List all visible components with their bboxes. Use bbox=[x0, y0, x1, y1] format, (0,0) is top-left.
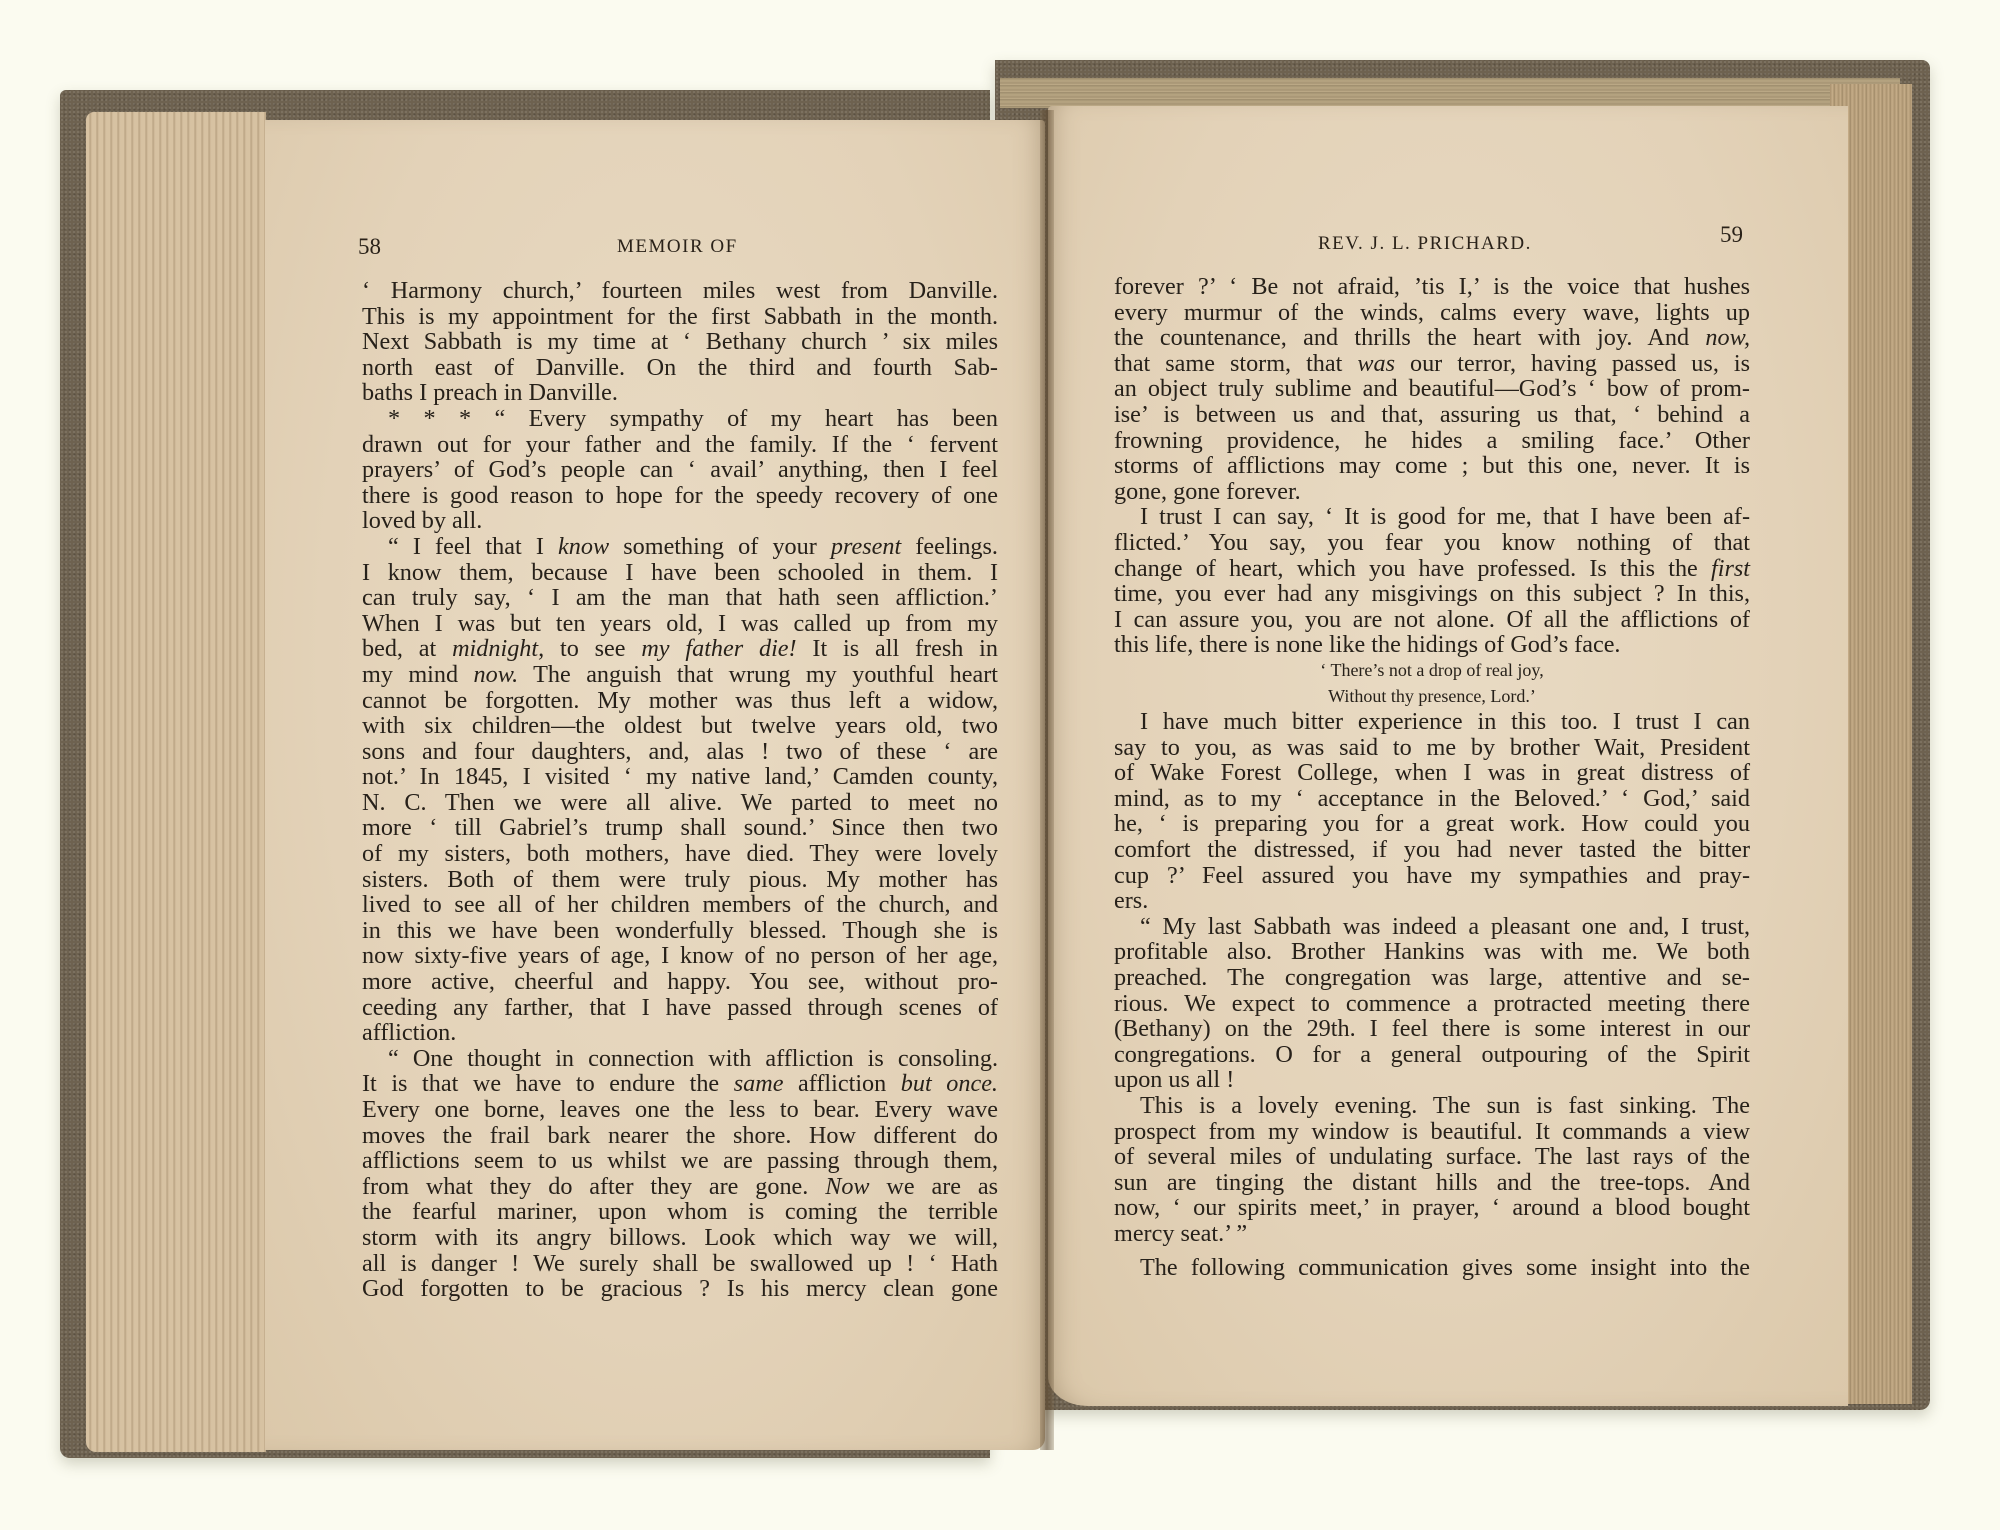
text-line: prayers’ of God’s people can ‘ avail’ an… bbox=[362, 457, 998, 483]
text-run: It is that we have to endure the bbox=[362, 1070, 734, 1097]
text-line: mercy seat.’ ” bbox=[1114, 1221, 1750, 1247]
text-run: feelings. bbox=[901, 533, 998, 560]
text-run: to see bbox=[544, 635, 641, 662]
italic-text: first bbox=[1711, 555, 1750, 582]
text-line: more active, cheerful and happy. You see… bbox=[362, 969, 998, 995]
text-line: every murmur of the winds, calms every w… bbox=[1114, 300, 1750, 326]
text-line: he, ‘ is preparing you for a great work.… bbox=[1114, 811, 1750, 837]
text-line: N. C. Then we were all alive. We parted … bbox=[362, 790, 998, 816]
page-stack-top bbox=[1000, 78, 1900, 108]
text-line: “ One thought in connection with afflict… bbox=[362, 1046, 998, 1072]
text-run: that same storm, that bbox=[1114, 350, 1357, 377]
text-run: “ I feel that I bbox=[388, 533, 558, 560]
text-line: profitable also. Brother Hankins was wit… bbox=[1114, 939, 1750, 965]
text-line: say to you, as was said to me by brother… bbox=[1114, 735, 1750, 761]
text-line: with six children—the oldest but twelve … bbox=[362, 713, 998, 739]
text-line: drawn out for your father and the family… bbox=[362, 432, 998, 458]
text-line: cup ?’ Feel assured you have my sympathi… bbox=[1114, 863, 1750, 889]
text-line: an object truly sublime and beautiful—Go… bbox=[1114, 376, 1750, 402]
text-line: comfort the distressed, if you had never… bbox=[1114, 837, 1750, 863]
text-line: storms of afflictions may come ; but thi… bbox=[1114, 453, 1750, 479]
text-line: sons and four daughters, and, alas ! two… bbox=[362, 739, 998, 765]
italic-text: present bbox=[831, 533, 901, 560]
text-line: moves the frail bark nearer the shore. H… bbox=[362, 1123, 998, 1149]
text-run: The anguish that wrung my youthful heart bbox=[518, 661, 998, 688]
text-run: It is all fresh in bbox=[797, 635, 998, 662]
text-line: now sixty-five years of age, I know of n… bbox=[362, 943, 998, 969]
text-run: change of heart, which you have professe… bbox=[1114, 555, 1711, 582]
text-line: “ I feel that I know something of your p… bbox=[362, 534, 998, 560]
text-line: I trust I can say, ‘ It is good for me, … bbox=[1114, 504, 1750, 530]
page-number-right: 59 bbox=[1720, 222, 1743, 248]
text-line: sun are tinging the distant hills and th… bbox=[1114, 1170, 1750, 1196]
text-line: * * * “ Every sympathy of my heart has b… bbox=[362, 406, 998, 432]
text-line: the fearful mariner, upon whom is coming… bbox=[362, 1199, 998, 1225]
text-line: ers. bbox=[1114, 888, 1750, 914]
text-line: cannot be forgotten. My mother was thus … bbox=[362, 688, 998, 714]
italic-text: my father die! bbox=[641, 635, 796, 662]
text-run: bed, at bbox=[362, 635, 452, 662]
text-line: this life, there is none like the hiding… bbox=[1114, 632, 1750, 658]
text-line: “ My last Sabbath was indeed a pleasant … bbox=[1114, 914, 1750, 940]
text-line: (Bethany) on the 29th. I feel there is s… bbox=[1114, 1016, 1750, 1042]
text-line: I have much bitter experience in this to… bbox=[1114, 709, 1750, 735]
text-line: all is danger ! We surely shall be swall… bbox=[362, 1251, 998, 1277]
text-line: upon us all ! bbox=[1114, 1067, 1750, 1093]
text-line: of several miles of undulating surface. … bbox=[1114, 1144, 1750, 1170]
text-line: This is my appointment for the first Sab… bbox=[362, 304, 998, 330]
text-line: sisters. Both of them were truly pious. … bbox=[362, 867, 998, 893]
text-line: storm with its angry billows. Look which… bbox=[362, 1225, 998, 1251]
italic-text: midnight, bbox=[452, 635, 544, 662]
italic-text: was bbox=[1357, 350, 1395, 377]
text-run: my mind bbox=[362, 661, 474, 688]
text-line: It is that we have to endure the same af… bbox=[362, 1071, 998, 1097]
text-line: baths I preach in Danville. bbox=[362, 380, 998, 406]
text-line: When I was but ten years old, I was call… bbox=[362, 611, 998, 637]
text-line: north east of Danville. On the third and… bbox=[362, 355, 998, 381]
text-line: in this we have been wonderfully blessed… bbox=[362, 918, 998, 944]
text-line: of Wake Forest College, when I was in gr… bbox=[1114, 760, 1750, 786]
italic-text: same bbox=[734, 1070, 784, 1097]
text-line: congregations. O for a general outpourin… bbox=[1114, 1042, 1750, 1068]
text-line: Next Sabbath is my time at ‘ Bethany chu… bbox=[362, 329, 998, 355]
right-page-body: forever ?’ ‘ Be not afraid, ’tis I,’ is … bbox=[1114, 274, 1750, 1280]
text-line: ise’ is between us and that, assuring us… bbox=[1114, 402, 1750, 428]
text-line: time, you ever had any misgivings on thi… bbox=[1114, 581, 1750, 607]
text-line: frowning providence, he hides a smiling … bbox=[1114, 428, 1750, 454]
text-line: can truly say, ‘ I am the man that hath … bbox=[362, 585, 998, 611]
page-number-left: 58 bbox=[358, 234, 381, 260]
text-line: Without thy presence, Lord.’ bbox=[1114, 684, 1750, 710]
text-line: change of heart, which you have professe… bbox=[1114, 556, 1750, 582]
text-line: ceeding any farther, that I have passed … bbox=[362, 995, 998, 1021]
text-line: from what they do after they are gone. N… bbox=[362, 1174, 998, 1200]
left-page-body: ‘ Harmony church,’ fourteen miles west f… bbox=[362, 278, 998, 1302]
text-line: forever ?’ ‘ Be not afraid, ’tis I,’ is … bbox=[1114, 274, 1750, 300]
italic-text: know bbox=[558, 533, 609, 560]
book-scan: 58 MEMOIR OF REV. J. L. PRICHARD. 59 ‘ H… bbox=[0, 0, 2000, 1530]
text-line: lived to see all of her children members… bbox=[362, 892, 998, 918]
page-stack-left bbox=[86, 112, 266, 1452]
text-line: God forgotten to be gracious ? Is his me… bbox=[362, 1276, 998, 1302]
text-run: from what they do after they are gone. bbox=[362, 1173, 825, 1200]
text-run: the countenance, and thrills the heart w… bbox=[1114, 324, 1705, 351]
text-line: I know them, because I have been schoole… bbox=[362, 560, 998, 586]
text-run: something of your bbox=[609, 533, 831, 560]
text-run: our terror, having passed us, is bbox=[1395, 350, 1750, 377]
text-line: preached. The congregation was large, at… bbox=[1114, 965, 1750, 991]
text-line: of my sisters, both mothers, have died. … bbox=[362, 841, 998, 867]
text-line: the countenance, and thrills the heart w… bbox=[1114, 325, 1750, 351]
text-line: afflictions seem to us whilst we are pas… bbox=[362, 1148, 998, 1174]
text-line: gone, gone forever. bbox=[1114, 479, 1750, 505]
text-run: affliction bbox=[783, 1070, 900, 1097]
text-line: ‘ There’s not a drop of real joy, bbox=[1114, 658, 1750, 684]
book-gutter bbox=[1040, 110, 1054, 1450]
text-line: that same storm, that was our terror, ha… bbox=[1114, 351, 1750, 377]
text-line: ‘ Harmony church,’ fourteen miles west f… bbox=[362, 278, 998, 304]
text-line: rious. We expect to commence a protracte… bbox=[1114, 991, 1750, 1017]
text-line: there is good reason to hope for the spe… bbox=[362, 483, 998, 509]
text-line: now, ‘ our spirits meet,’ in prayer, ‘ a… bbox=[1114, 1195, 1750, 1221]
text-line: my mind now. The anguish that wrung my y… bbox=[362, 662, 998, 688]
text-line: affliction. bbox=[362, 1020, 998, 1046]
text-line: loved by all. bbox=[362, 508, 998, 534]
text-line: more ‘ till Gabriel’s trump shall sound.… bbox=[362, 815, 998, 841]
text-line: not.’ In 1845, I visited ‘ my native lan… bbox=[362, 764, 998, 790]
text-line: This is a lovely evening. The sun is fas… bbox=[1114, 1093, 1750, 1119]
italic-text: now. bbox=[474, 661, 519, 688]
text-line: The following communication gives some i… bbox=[1114, 1255, 1750, 1281]
running-head-left: MEMOIR OF bbox=[617, 236, 738, 258]
text-line: I can assure you, you are not alone. Of … bbox=[1114, 607, 1750, 633]
running-head-right: REV. J. L. PRICHARD. bbox=[1318, 233, 1532, 255]
italic-text: but once. bbox=[901, 1070, 998, 1097]
italic-text: now, bbox=[1705, 324, 1750, 351]
text-run: we are as bbox=[870, 1173, 998, 1200]
text-line: bed, at midnight, to see my father die! … bbox=[362, 636, 998, 662]
text-line: flicted.’ You say, you fear you know not… bbox=[1114, 530, 1750, 556]
text-line: Every one borne, leaves one the less to … bbox=[362, 1097, 998, 1123]
italic-text: Now bbox=[825, 1173, 869, 1200]
text-line: prospect from my window is beautiful. It… bbox=[1114, 1119, 1750, 1145]
text-line: mind, as to my ‘ acceptance in the Belov… bbox=[1114, 786, 1750, 812]
